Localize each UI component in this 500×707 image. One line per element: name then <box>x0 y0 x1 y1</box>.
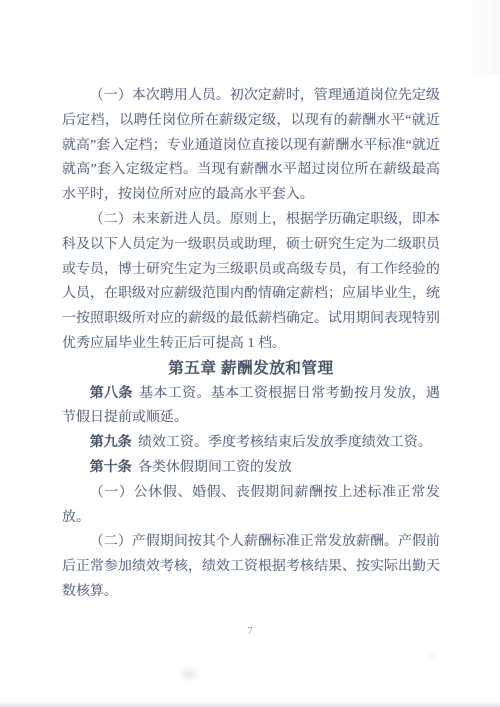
paragraph-text: （二）产假期间按其个人薪酬标准正常发放薪酬。产假前后正常参加绩效考核，绩效工资根… <box>62 534 440 599</box>
paragraph-text: 绩效工资。季度考核结束后发放季度绩效工资。 <box>138 435 432 450</box>
paragraph-item-leave-1: （一）公休假、婚假、丧假期间薪酬按上述标准正常发放。 <box>62 481 440 531</box>
paragraph-item-2: （二）未来新进人员。原则上，根据学历确定职级，即本科及以下人员定为一级职员或助理… <box>62 208 440 357</box>
page-number: 7 <box>0 626 500 637</box>
article-number: 第十条 <box>90 460 132 475</box>
paragraph-article-8: 第八条基本工资。基本工资根据日常考勤按月发放，遇节假日提前或顺延。 <box>62 382 440 432</box>
paragraph-text: （一）公休假、婚假、丧假期间薪酬按上述标准正常发放。 <box>62 485 440 525</box>
paragraph-text: （二）未来新进人员。原则上，根据学历确定职级，即本科及以下人员定为一级职员或助理… <box>62 212 440 351</box>
paragraph-article-9: 第九条绩效工资。季度考核结束后发放季度绩效工资。 <box>62 431 440 456</box>
paragraph-text: 各类休假期间工资的发放 <box>138 460 292 475</box>
paragraph-text: （一）本次聘用人员。初次定薪时，管理通道岗位先定级后定档，以聘任岗位所在薪级定级… <box>62 88 440 202</box>
scan-shadow-edge <box>455 0 500 75</box>
scan-shadow-edge <box>0 701 500 707</box>
article-number: 第九条 <box>90 435 132 450</box>
scan-smudge <box>426 652 436 660</box>
document-page: （一）本次聘用人员。初次定薪时，管理通道岗位先定级后定档，以聘任岗位所在薪级定级… <box>0 0 500 707</box>
paragraph-item-1: （一）本次聘用人员。初次定薪时，管理通道岗位先定级后定档，以聘任岗位所在薪级定级… <box>62 84 440 208</box>
paragraph-article-10: 第十条各类休假期间工资的发放 <box>62 456 440 481</box>
paragraph-item-leave-2: （二）产假期间按其个人薪酬标准正常发放薪酬。产假前后正常参加绩效考核，绩效工资根… <box>62 530 440 604</box>
article-number: 第八条 <box>90 386 133 401</box>
scan-smudge <box>178 666 200 682</box>
document-body: （一）本次聘用人员。初次定薪时，管理通道岗位先定级后定档，以聘任岗位所在薪级定级… <box>62 84 440 605</box>
chapter-heading: 第五章 薪酬发放和管理 <box>62 357 440 382</box>
